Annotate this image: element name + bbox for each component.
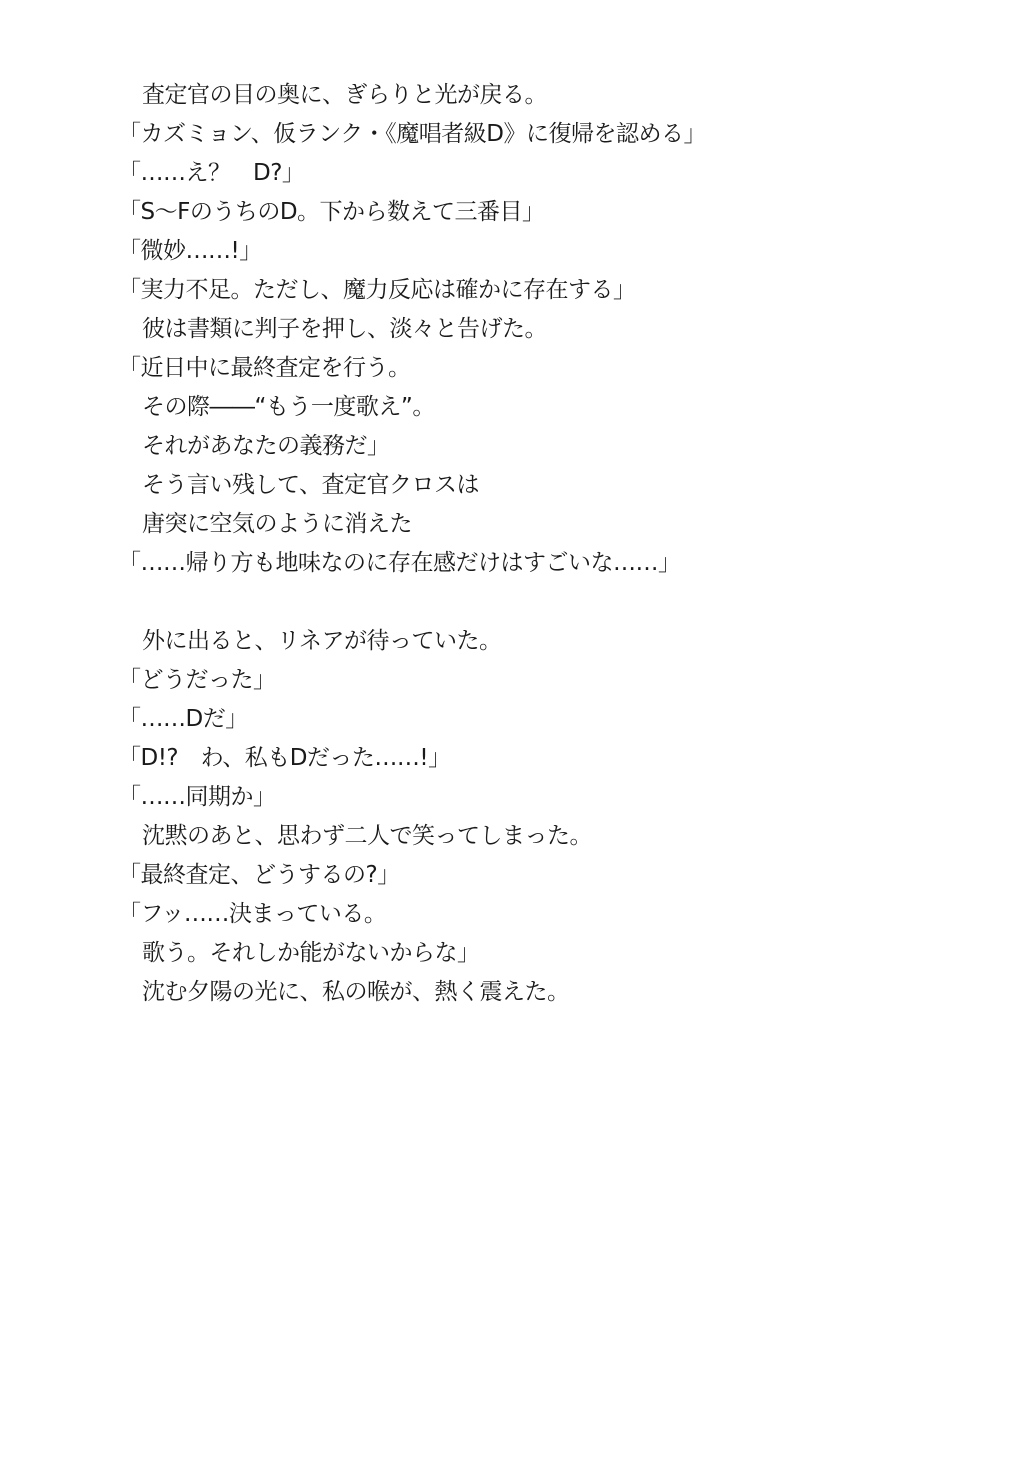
text-line: 唐突に空気のように消えた xyxy=(118,505,918,544)
document-body: 査定官の目の奥に、ぎらりと光が戻る。 「カズミョン、仮ランク・《魔唱者級D》に復… xyxy=(118,76,918,1012)
text-line: 彼は書類に判子を押し、淡々と告げた。 xyxy=(118,310,918,349)
text-line: そう言い残して、査定官クロスは xyxy=(118,466,918,505)
text-line: 査定官の目の奥に、ぎらりと光が戻る。 xyxy=(118,76,918,115)
text-line: 「……帰り方も地味なのに存在感だけはすごいな……」 xyxy=(118,544,918,583)
text-line: 「最終査定、どうするの?」 xyxy=(118,856,918,895)
text-line: 「……同期か」 xyxy=(118,778,918,817)
text-line: 「どうだった」 xyxy=(118,661,918,700)
text-line: 歌う。それしか能がないからな」 xyxy=(118,934,918,973)
text-line: 「近日中に最終査定を行う。 xyxy=(118,349,918,388)
text-line: その際――“もう一度歌え”。 xyxy=(118,388,918,427)
text-line: 「フッ……決まっている。 xyxy=(118,895,918,934)
text-line: 沈黙のあと、思わず二人で笑ってしまった。 xyxy=(118,817,918,856)
text-line: 「微妙……!」 xyxy=(118,232,918,271)
blank-line xyxy=(118,583,918,622)
text-line: 「……Dだ」 xyxy=(118,700,918,739)
text-line: 「S〜FのうちのD。下から数えて三番目」 xyxy=(118,193,918,232)
text-line: 沈む夕陽の光に、私の喉が、熱く震えた。 xyxy=(118,973,918,1012)
text-line: 「D!? わ、私もDだった……!」 xyxy=(118,739,918,778)
text-line: 「実力不足。ただし、魔力反応は確かに存在する」 xyxy=(118,271,918,310)
text-line: それがあなたの義務だ」 xyxy=(118,427,918,466)
text-line: 「……え？ D?」 xyxy=(118,154,918,193)
text-line: 外に出ると、リネアが待っていた。 xyxy=(118,622,918,661)
text-line: 「カズミョン、仮ランク・《魔唱者級D》に復帰を認める」 xyxy=(118,115,918,154)
